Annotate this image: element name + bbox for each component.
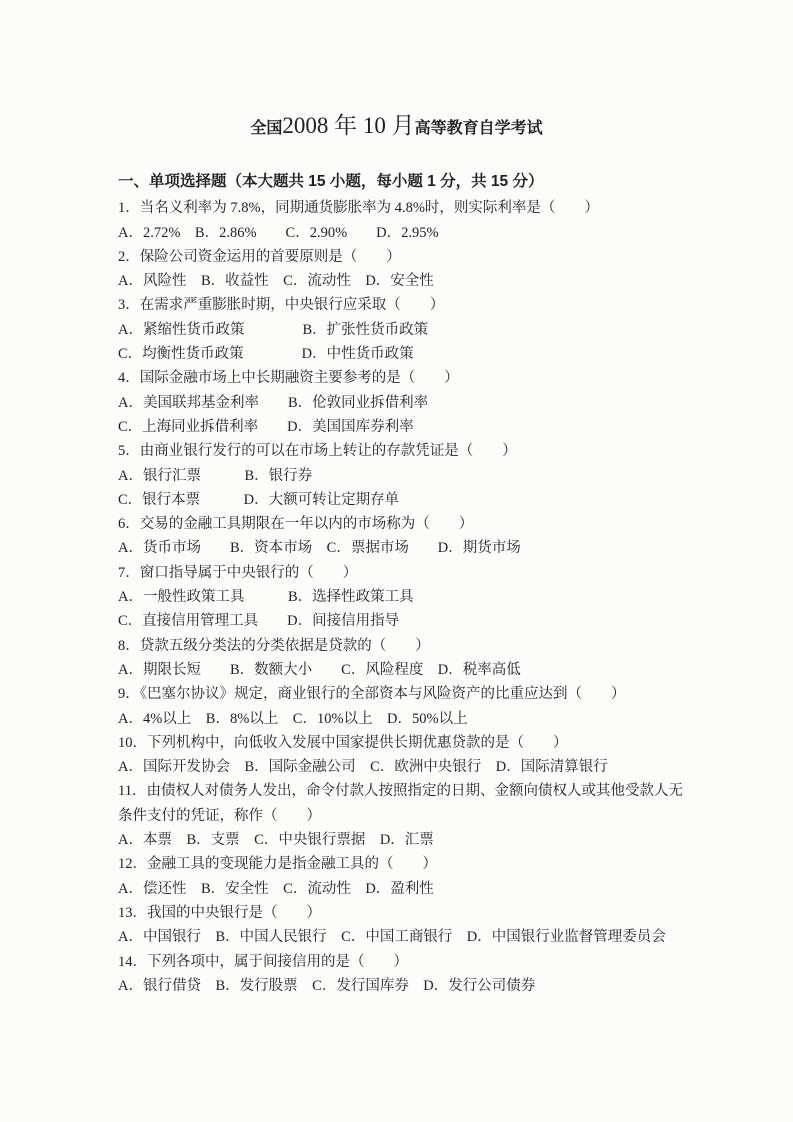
question-stem-line: 13．我国的中央银行是（ ）	[118, 901, 683, 925]
question-10: 10．下列机构中，向低收入发展中国家提供长期优惠贷款的是（ ）A．国际开发协会 …	[118, 731, 683, 780]
question-11: 11．由债权人对债务人发出，命令付款人按照指定的日期、金额向债权人或其他受款人无…	[118, 779, 683, 852]
exam-document-page: 全国2008 年 10 月高等教育自学考试 一、单项选择题（本大题共 15 小题…	[0, 0, 793, 1122]
question-stem-line: 14．下列各项中，属于间接信用的是（ ）	[118, 950, 683, 974]
title-prefix: 全国	[250, 120, 282, 137]
option-line: A．期限长短 B．数额大小 C．风险程度 D．税率高低	[118, 658, 683, 682]
question-7: 7．窗口指导属于中央银行的（ ）A．一般性政策工具 B．选择性政策工具C．直接信…	[118, 561, 683, 634]
question-stem-line: 6．交易的金融工具期限在一年以内的市场称为（ ）	[118, 512, 683, 536]
question-stem-line: 3．在需求严重膨胀时期，中央银行应采取（ ）	[118, 293, 683, 317]
question-stem-line: 5．由商业银行发行的可以在市场上转让的存款凭证是（ ）	[118, 439, 683, 463]
option-line: A．银行汇票 B．银行券	[118, 464, 683, 488]
question-12: 12．金融工具的变现能力是指金融工具的（ ）A．偿还性 B．安全性 C．流动性 …	[118, 852, 683, 901]
question-9: 9．《巴塞尔协议》规定，商业银行的全部资本与风险资产的比重应达到（ ）A．4%以…	[118, 682, 683, 731]
option-line: A．国际开发协会 B．国际金融公司 C．欧洲中央银行 D．国际清算银行	[118, 755, 683, 779]
option-line: A．美国联邦基金利率 B．伦敦同业拆借利率	[118, 391, 683, 415]
question-2: 2．保险公司资金运用的首要原则是（ ）A．风险性 B．收益性 C．流动性 D．安…	[118, 245, 683, 294]
question-stem-line: 7．窗口指导属于中央银行的（ ）	[118, 561, 683, 585]
option-line: A．中国银行 B．中国人民银行 C．中国工商银行 D．中国银行业监督管理委员会	[118, 925, 683, 949]
title-date: 2008 年 10 月	[282, 113, 414, 138]
option-line: A．一般性政策工具 B．选择性政策工具	[118, 585, 683, 609]
title-suffix: 高等教育自学考试	[415, 120, 543, 137]
option-line: A．本票 B．支票 C．中央银行票据 D．汇票	[118, 828, 683, 852]
option-line: A．2.72% B．2.86% C．2.90% D．2.95%	[118, 221, 683, 245]
option-line: C．均衡性货币政策 D．中性货币政策	[118, 342, 683, 366]
question-5: 5．由商业银行发行的可以在市场上转让的存款凭证是（ ）A．银行汇票 B．银行券C…	[118, 439, 683, 512]
question-13: 13．我国的中央银行是（ ）A．中国银行 B．中国人民银行 C．中国工商银行 D…	[118, 901, 683, 950]
option-line: A．银行借贷 B．发行股票 C．发行国库券 D．发行公司债券	[118, 974, 683, 998]
question-14: 14．下列各项中，属于间接信用的是（ ）A．银行借贷 B．发行股票 C．发行国库…	[118, 950, 683, 999]
question-list: 1．当名义利率为 7.8%，同期通货膨胀率为 4.8%时，则实际利率是（ ）A．…	[118, 196, 683, 998]
question-stem-line: 12．金融工具的变现能力是指金融工具的（ ）	[118, 852, 683, 876]
question-6: 6．交易的金融工具期限在一年以内的市场称为（ ）A．货币市场 B．资本市场 C．…	[118, 512, 683, 561]
question-stem-line: 4．国际金融市场上中长期融资主要参考的是（ ）	[118, 366, 683, 390]
question-stem-line: 条件支付的凭证，称作（ ）	[118, 804, 683, 828]
option-line: A．紧缩性货币政策 B．扩张性货币政策	[118, 318, 683, 342]
question-stem-line: 9．《巴塞尔协议》规定，商业银行的全部资本与风险资产的比重应达到（ ）	[118, 682, 683, 706]
option-line: C．银行本票 D．大额可转让定期存单	[118, 488, 683, 512]
question-4: 4．国际金融市场上中长期融资主要参考的是（ ）A．美国联邦基金利率 B．伦敦同业…	[118, 366, 683, 439]
question-stem-line: 2．保险公司资金运用的首要原则是（ ）	[118, 245, 683, 269]
question-stem-line: 11．由债权人对债务人发出，命令付款人按照指定的日期、金额向债权人或其他受款人无	[118, 779, 683, 803]
question-stem-line: 10．下列机构中，向低收入发展中国家提供长期优惠贷款的是（ ）	[118, 731, 683, 755]
option-line: C．直接信用管理工具 D．间接信用指导	[118, 609, 683, 633]
option-line: A．4%以上 B．8%以上 C．10%以上 D．50%以上	[118, 707, 683, 731]
page-title: 全国2008 年 10 月高等教育自学考试	[110, 106, 683, 142]
option-line: A．偿还性 B．安全性 C．流动性 D．盈利性	[118, 877, 683, 901]
question-stem-line: 1．当名义利率为 7.8%，同期通货膨胀率为 4.8%时，则实际利率是（ ）	[118, 196, 683, 220]
section-heading: 一、单项选择题（本大题共 15 小题，每小题 1 分，共 15 分）	[118, 170, 683, 194]
option-line: A．风险性 B．收益性 C．流动性 D．安全性	[118, 269, 683, 293]
question-3: 3．在需求严重膨胀时期，中央银行应采取（ ）A．紧缩性货币政策 B．扩张性货币政…	[118, 293, 683, 366]
option-line: A．货币市场 B．资本市场 C．票据市场 D．期货市场	[118, 536, 683, 560]
question-1: 1．当名义利率为 7.8%，同期通货膨胀率为 4.8%时，则实际利率是（ ）A．…	[118, 196, 683, 245]
question-stem-line: 8．贷款五级分类法的分类依据是贷款的（ ）	[118, 634, 683, 658]
option-line: C．上海同业拆借利率 D．美国国库券利率	[118, 415, 683, 439]
question-8: 8．贷款五级分类法的分类依据是贷款的（ ）A．期限长短 B．数额大小 C．风险程…	[118, 634, 683, 683]
